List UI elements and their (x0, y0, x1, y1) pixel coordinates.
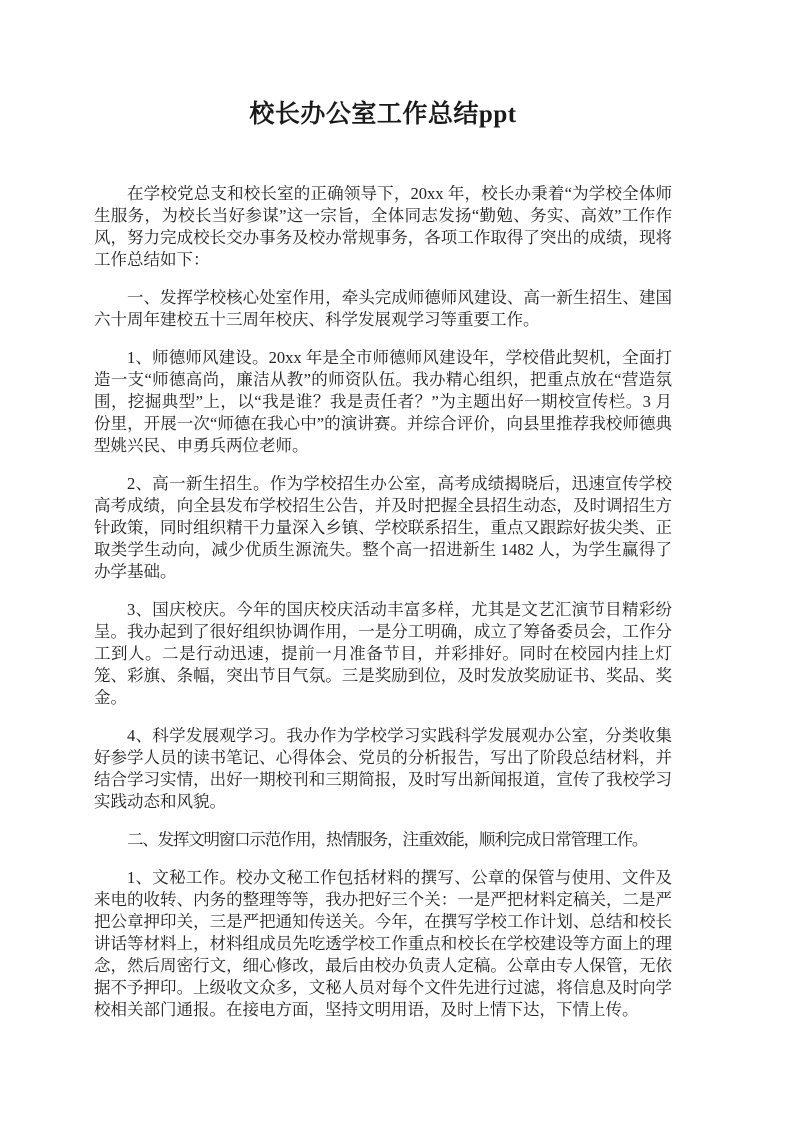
paragraph-intro: 在学校党总支和校长室的正确领导下，20xx 年，校长办秉着“为学校全体师生服务，… (94, 183, 672, 271)
document-page: 校长办公室工作总结ppt 在学校党总支和校长室的正确领导下，20xx 年，校长办… (0, 0, 793, 1122)
paragraph-section-2-heading: 二、发挥文明窗口示范作用，热情服务，注重效能，顺利完成日常管理工作。 (94, 829, 672, 851)
paragraph-item-4-scientific-outlook: 4、科学发展观学习。我办作为学校学习实践科学发展观办公室，分类收集好参学人员的读… (94, 725, 672, 813)
paragraph-section-1-heading: 一、发挥学校核心处室作用，牵头完成师德师风建设、高一新生招生、建国六十周年建校五… (94, 287, 672, 331)
paragraph-item-2-enrollment: 2、高一新生招生。作为学校招生办公室，高考成绩揭晓后，迅速宣传学校高考成绩，向全… (94, 473, 672, 583)
paragraph-item-1-teacher-ethics: 1、师德师风建设。20xx 年是全市师德师风建设年，学校借此契机，全面打造一支“… (94, 347, 672, 457)
document-title: 校长办公室工作总结ppt (94, 98, 672, 131)
paragraph-item-secretarial-work: 1、文秘工作。校办文秘工作包括材料的撰写、公章的保管与使用、文件及来电的收转、内… (94, 867, 672, 1021)
paragraph-item-3-anniversary: 3、国庆校庆。今年的国庆校庆活动丰富多样，尤其是文艺汇演节目精彩纷呈。我办起到了… (94, 599, 672, 709)
document-body: 在学校党总支和校长室的正确领导下，20xx 年，校长办秉着“为学校全体师生服务，… (94, 183, 672, 1021)
document-content: 校长办公室工作总结ppt 在学校党总支和校长室的正确领导下，20xx 年，校长办… (94, 98, 672, 1037)
